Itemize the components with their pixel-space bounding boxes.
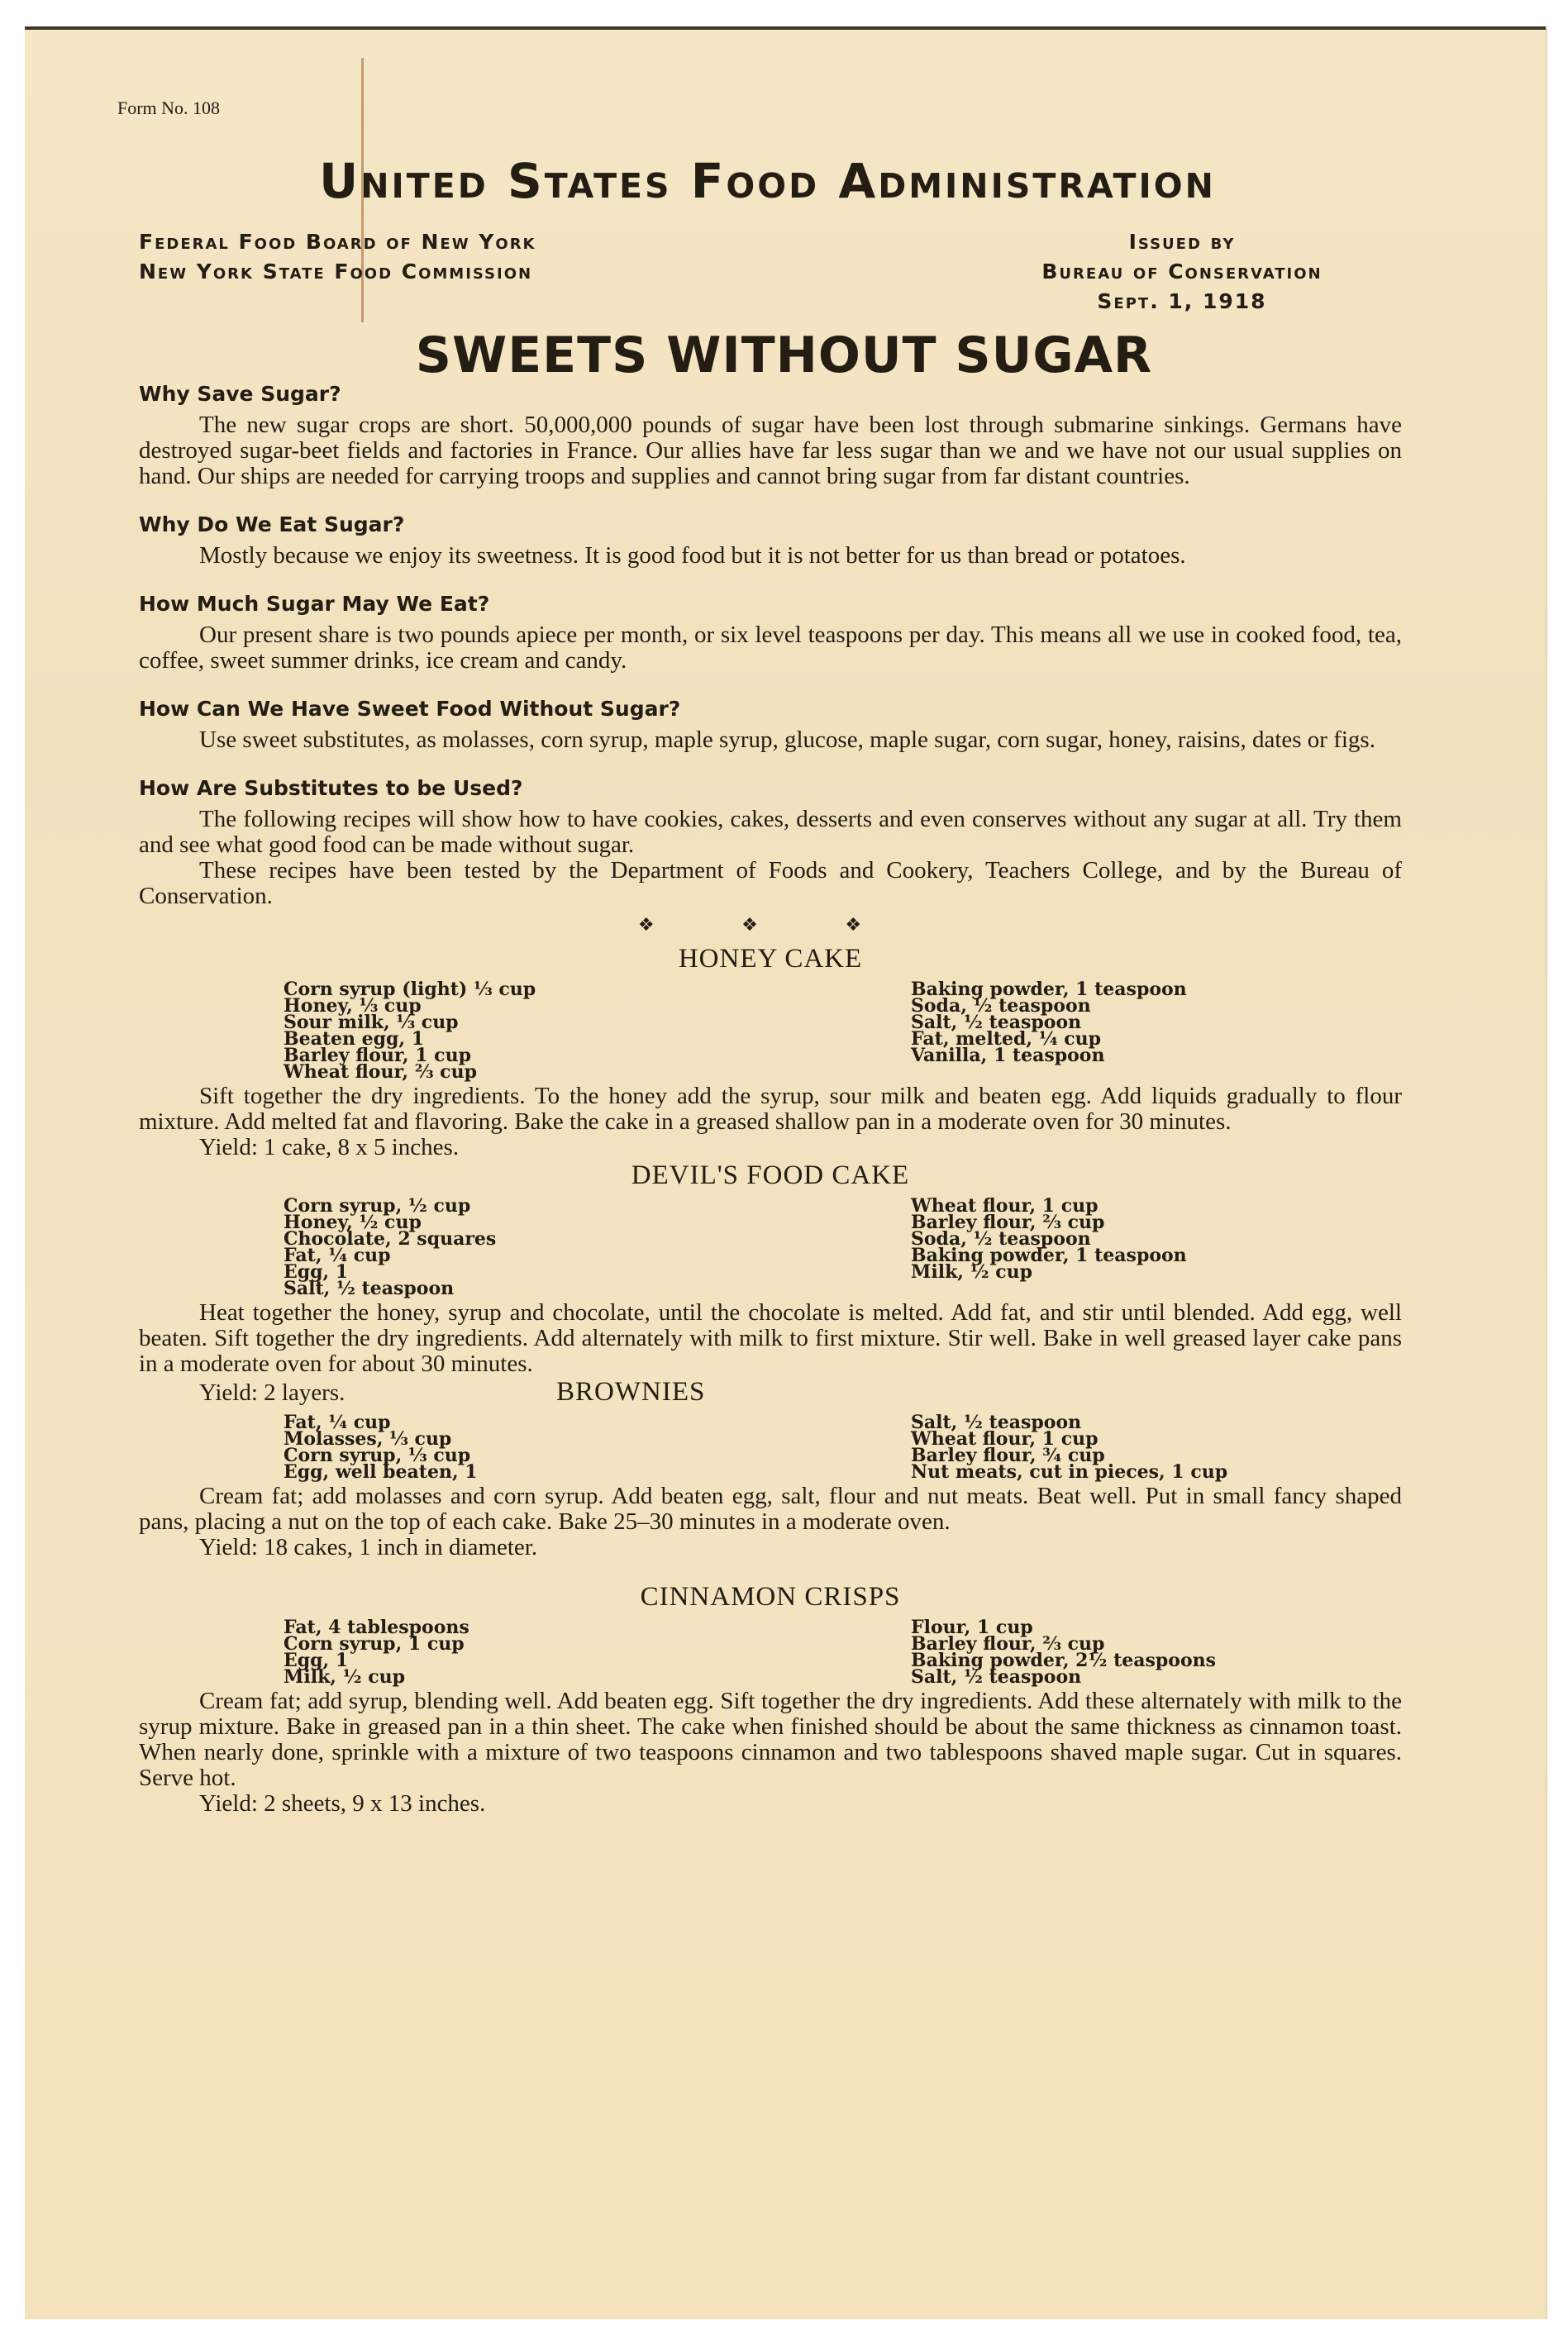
ingredient: Egg, well beaten, 1 [284,1464,770,1480]
section-heading: How Can We Have Sweet Food Without Sugar… [139,697,1402,721]
ingredient: Salt, ½ teaspoon [284,1280,770,1297]
recipe-title: CINNAMON CRISPS [139,1582,1402,1613]
recipe-yield: Yield: 1 cake, 8 x 5 inches. [139,1135,1402,1160]
recipe-directions: Cream fat; add syrup, blending well. Add… [139,1689,1402,1791]
issue-date: Sept. 1, 1918 [959,287,1405,317]
section-paragraph: These recipes have been tested by the De… [139,858,1402,909]
issued-by: Issued by [959,227,1405,257]
ingredient: Salt, ½ teaspoon [911,1669,1402,1685]
recipe-brownies: Yield: 2 layers. BROWNIES Fat, ¼ cup Mol… [139,1377,1402,1560]
recipe-honey-cake: HONEY CAKE Corn syrup (light) ⅓ cup Hone… [139,944,1402,1160]
section-paragraph: Use sweet substitutes, as molasses, corn… [139,727,1402,753]
recipe-yield: Yield: 18 cakes, 1 inch in diameter. [139,1535,1402,1560]
recipe-devils-food-cake: DEVIL'S FOOD CAKE Corn syrup, ½ cup Hone… [139,1160,1402,1377]
section-paragraph: The new sugar crops are short. 50,000,00… [139,412,1402,489]
issuer: Bureau of Conservation [959,257,1405,287]
section-how-much: How Much Sugar May We Eat? Our present s… [139,592,1402,674]
header-left-line: Federal Food Board of New York [139,227,536,257]
ingredient-list: Corn syrup, ½ cup Honey, ½ cup Chocolate… [139,1198,1402,1297]
section-how-can: How Can We Have Sweet Food Without Sugar… [139,697,1402,753]
ingredient: Milk, ½ cup [284,1669,770,1685]
recipe-directions: Heat together the honey, syrup and choco… [139,1300,1402,1377]
recipe-directions: Sift together the dry ingredients. To th… [139,1084,1402,1135]
ingredient-list: Fat, ¼ cup Molasses, ⅓ cup Corn syrup, ⅓… [139,1414,1402,1480]
section-paragraph: Our present share is two pounds apiece p… [139,622,1402,674]
section-heading: Why Do We Eat Sugar? [139,512,1402,536]
form-number: Form No. 108 [117,98,220,119]
recipe-title: DEVIL'S FOOD CAKE [139,1160,1402,1191]
section-heading: How Are Substitutes to be Used? [139,776,1402,800]
section-why-save: Why Save Sugar? The new sugar crops are … [139,382,1402,489]
recipe-yield: Yield: 2 sheets, 9 x 13 inches. [139,1791,1402,1817]
ingredient-list: Fat, 4 tablespoons Corn syrup, 1 cup Egg… [139,1619,1402,1685]
section-how-used: How Are Substitutes to be Used? The foll… [139,776,1402,909]
section-paragraph: Mostly because we enjoy its sweetness. I… [139,543,1402,569]
header-left-line: New York State Food Commission [139,257,536,287]
section-heading: How Much Sugar May We Eat? [139,592,1402,616]
document-body: Why Save Sugar? The new sugar crops are … [139,382,1402,1817]
recipe-yield: Yield: 2 layers. [139,1380,556,1406]
ingredient: Nut meats, cut in pieces, 1 cup [911,1464,1402,1480]
section-paragraph: The following recipes will show how to h… [139,807,1402,858]
ingredient-list: Corn syrup (light) ⅓ cup Honey, ⅓ cup So… [139,981,1402,1080]
ingredient: Corn syrup, 1 cup [284,1636,770,1652]
ornament-divider-icon: ❖ ❖ ❖ [139,914,1402,939]
document-title: SWEETS WITHOUT SUGAR [0,326,1568,384]
section-heading: Why Save Sugar? [139,382,1402,406]
ingredient: Vanilla, 1 teaspoon [911,1047,1402,1064]
recipe-title: BROWNIES [556,1377,705,1408]
recipe-cinnamon-crisps: CINNAMON CRISPS Fat, 4 tablespoons Corn … [139,1582,1402,1817]
ingredient: Wheat flour, ⅔ cup [284,1064,770,1080]
organization-title: United States Food Administration [0,153,1568,209]
ingredient: Fat, ¼ cup [284,1247,770,1264]
header-right: Issued by Bureau of Conservation Sept. 1… [959,227,1405,317]
section-why-eat: Why Do We Eat Sugar? Mostly because we e… [139,512,1402,569]
header-left: Federal Food Board of New York New York … [139,227,536,287]
recipe-directions: Cream fat; add molasses and corn syrup. … [139,1484,1402,1535]
ingredient: Milk, ½ cup [911,1264,1402,1280]
recipe-title: HONEY CAKE [139,944,1402,974]
